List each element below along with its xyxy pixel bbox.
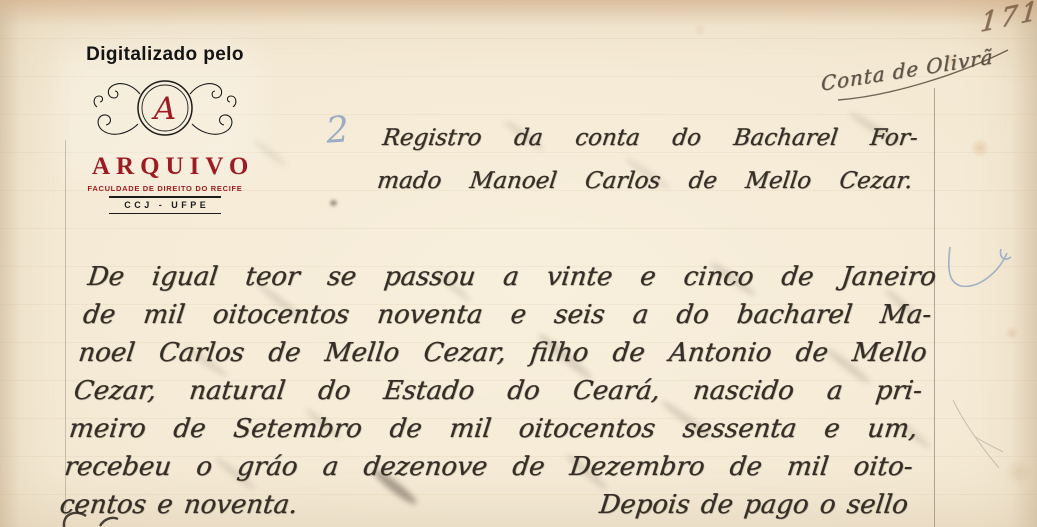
page-number: 171 bbox=[979, 0, 1037, 39]
corner-annotation: Conta de Olivrã bbox=[821, 44, 994, 96]
watermark-caption: Digitalizado pelo bbox=[86, 44, 244, 66]
manuscript-phrase: Depois de pago o sello bbox=[597, 486, 910, 524]
heading-line: Registro da conta do Bacharel For- bbox=[380, 117, 920, 160]
manuscript-line: de mil oitocentos noventa e seis a do ba… bbox=[81, 296, 934, 334]
manuscript-line: De igual teor se passou a vinte e cinco … bbox=[86, 258, 939, 296]
watermark-rule-top bbox=[109, 196, 221, 198]
arquivo-logo-icon: A bbox=[88, 68, 242, 152]
manuscript-phrase: centos e noventa. bbox=[58, 486, 300, 524]
record-heading: Registro da conta do Bacharel For- mado … bbox=[375, 117, 921, 203]
manuscript-line: Cezar, natural do Estado do Ceará, nasci… bbox=[72, 372, 925, 410]
blue-pencil-check bbox=[949, 247, 1011, 286]
manuscript-line: noel Carlos de Mello Cezar, filho de Ant… bbox=[76, 334, 929, 372]
record-body: De igual teor se passou a vinte e cinco … bbox=[58, 258, 939, 524]
pencil-mark-2: 2 bbox=[325, 109, 351, 151]
right-margin-line bbox=[934, 88, 935, 527]
scanned-document-page: Digitalizado pelo A ARQUIVO FACULDADE DE… bbox=[0, 0, 1037, 527]
pencil-scribble bbox=[953, 400, 1003, 468]
heading-line: mado Manoel Carlos de Mello Cezar. bbox=[375, 160, 915, 203]
watermark-title: ARQUIVO bbox=[86, 153, 244, 181]
arquivo-monogram: A bbox=[151, 91, 176, 127]
watermark-subtitle: FACULDADE DE DIREITO DO RECIFE bbox=[86, 184, 244, 193]
digitization-watermark: Digitalizado pelo A ARQUIVO FACULDADE DE… bbox=[86, 44, 244, 214]
manuscript-line: meiro de Setembro de mil oitocentos sess… bbox=[67, 410, 920, 448]
watermark-institution: CCJ - UFPE bbox=[86, 200, 244, 210]
ink-spot bbox=[330, 200, 337, 206]
watermark-rule-bottom bbox=[109, 213, 221, 215]
manuscript-line: recebeu o gráo a dezenove de Dezembro de… bbox=[62, 448, 915, 486]
manuscript-line: centos e noventa. Depois de pago o sello bbox=[58, 486, 911, 524]
